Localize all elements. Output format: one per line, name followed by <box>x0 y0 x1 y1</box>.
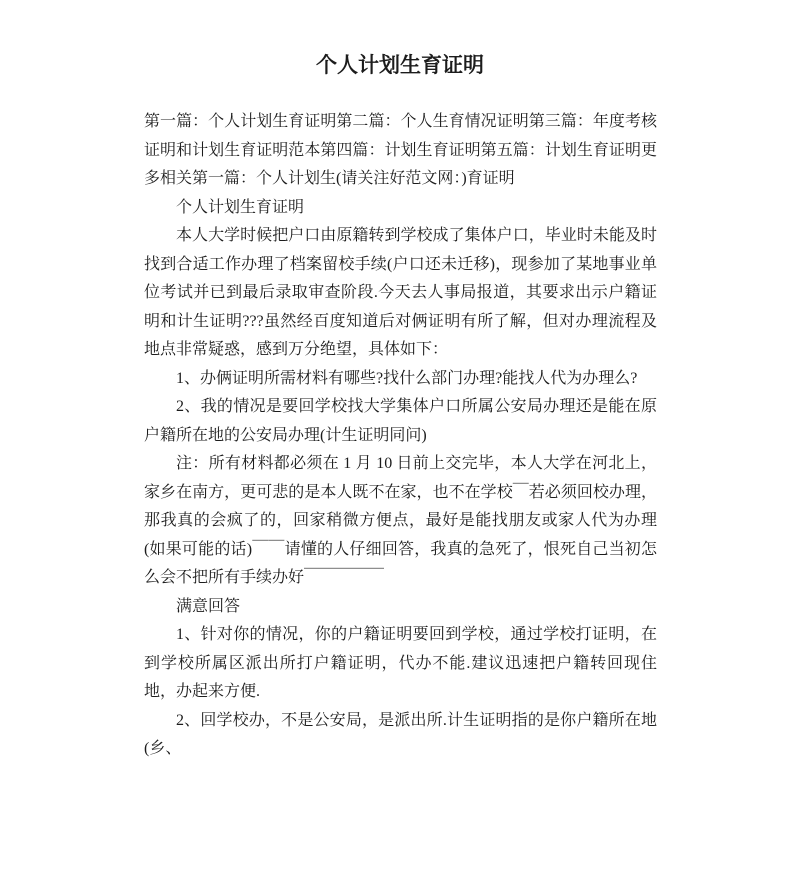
paragraph-intro-links: 第一篇：个人计划生育证明第二篇：个人生育情况证明第三篇：年度考核证明和计划生育证… <box>144 108 657 194</box>
paragraph-question-1: 1、办俩证明所需材料有哪些?找什么部门办理?能找人代为办理么? <box>144 365 657 394</box>
paragraph-question-2: 2、我的情况是要回学校找大学集体户口所属公安局办理还是能在原户籍所在地的公安局办… <box>144 393 657 450</box>
document-page: 个人计划生育证明 第一篇：个人计划生育证明第二篇：个人生育情况证明第三篇：年度考… <box>0 0 800 877</box>
paragraph-subtitle: 个人计划生育证明 <box>144 194 657 223</box>
paragraph-answer-heading: 满意回答 <box>144 593 657 622</box>
document-title: 个人计划生育证明 <box>0 0 800 80</box>
paragraph-answer-2: 2、回学校办，不是公安局，是派出所.计生证明指的是你户籍所在地(乡、 <box>144 707 657 764</box>
paragraph-situation: 本人大学时候把户口由原籍转到学校成了集体户口，毕业时未能及时找到合适工作办理了档… <box>144 222 657 365</box>
paragraph-note: 注：所有材料都必须在 1 月 10 日前上交完毕，本人大学在河北上，家乡在南方，… <box>144 450 657 593</box>
paragraph-answer-1: 1、针对你的情况，你的户籍证明要回到学校，通过学校打证明，在到学校所属区派出所打… <box>144 621 657 707</box>
document-body: 第一篇：个人计划生育证明第二篇：个人生育情况证明第三篇：年度考核证明和计划生育证… <box>0 108 800 764</box>
